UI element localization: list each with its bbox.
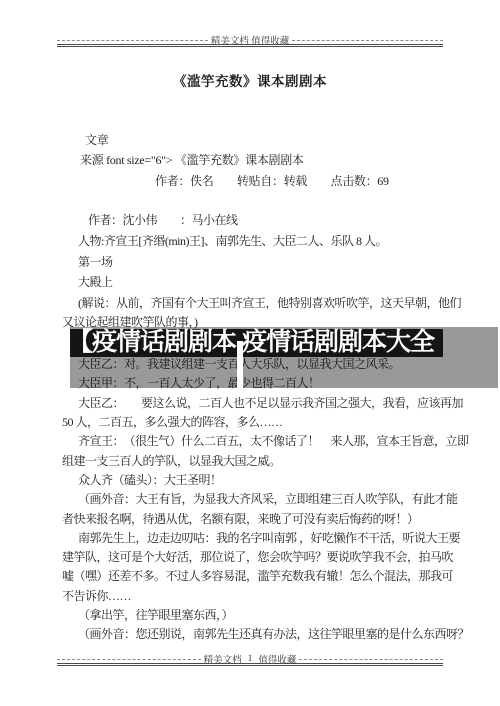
script-line: （画外音：您还别说，南郭先生还真有办法，这往竽眼里塞的是什么东西呀？ [62,627,440,646]
article-label: 文章 [85,131,108,148]
script-body: 作者：沈小伟 ：马小在线人物:齐宣王[齐缗(min)王]、南郭先生、大臣二人、乐… [62,213,440,647]
script-line: 齐宣王： （很生气）什么二百五，太不像话了！ 来人那，宣本王旨意，立即 [62,434,440,453]
script-line: （画外音：大王有旨，为显我大齐风采，立即组建三百人吹竽队，有此才能 [62,492,440,511]
header-dash-right [292,40,443,41]
script-line: 大殿上 [62,275,440,296]
script-line: 建竽队，这可是个大好活，那位说了，您会吹竽吗？要说吹竽我不会，拍马吹 [62,550,440,569]
byline: 作者：佚名 转贴自：转载 点击数：69 [155,172,389,189]
banner-title: 【疫情话剧剧本,疫情话剧剧本大全 [68,326,448,360]
script-line: 众人齐（磕头）：大王圣明！ [62,473,440,492]
script-line: 第一场 [62,255,440,276]
script-line: 50 人，二百五，多么强大的阵容，多么…… [62,415,440,434]
document-page: 精美文档 值得收藏 《滥竽充数》课本剧剧本 文章 来源 font size="6… [0,0,500,706]
script-line: 嘘（嘿）还差不多。不过人多容易混，滥竽充数我有辙！怎么个混法，那我可 [62,569,440,588]
script-line: 不告诉你…… [62,589,440,608]
caret-mark [237,341,243,389]
script-line: (解说：从前，齐国有个大王叫齐宣王，他特别喜欢听吹竽，这天早朝，他们 [62,296,440,315]
footer-dash-right [299,659,443,660]
source-line: 来源 font size="6"> 《滥竽充数》课本剧剧本 [80,151,304,168]
script-line: 组建一支三百人的竽队，以显我大国之威。 [62,454,440,473]
script-line: 南郭先生上，边走边叨咕：我的名字叫南郭 ，好吃懒作不干活，听说大王要 [62,531,440,550]
script-line: 人物:齐宣王[齐缗(min)王]、南郭先生、大臣二人、乐队 8 人。 [62,234,440,255]
footer-dash-left [57,659,201,660]
script-line: 大臣乙： 要这么说，二百人也不足以显示我齐国之强大，我看，应该再加 [62,396,440,415]
script-line: 者快来报名啊，待遇从优，名额有限，来晚了可没有卖后悔药的呀！） [62,512,440,531]
header-dash-left [57,40,208,41]
footer-border-line [57,663,443,666]
script-line: 作者：沈小伟 ：马小在线 [62,213,440,234]
script-line: （拿出竽，往竽眼里塞东西，） [62,608,440,627]
page-title: 《滥竽充数》课本剧剧本 [0,70,500,90]
header-border-line [57,44,443,47]
